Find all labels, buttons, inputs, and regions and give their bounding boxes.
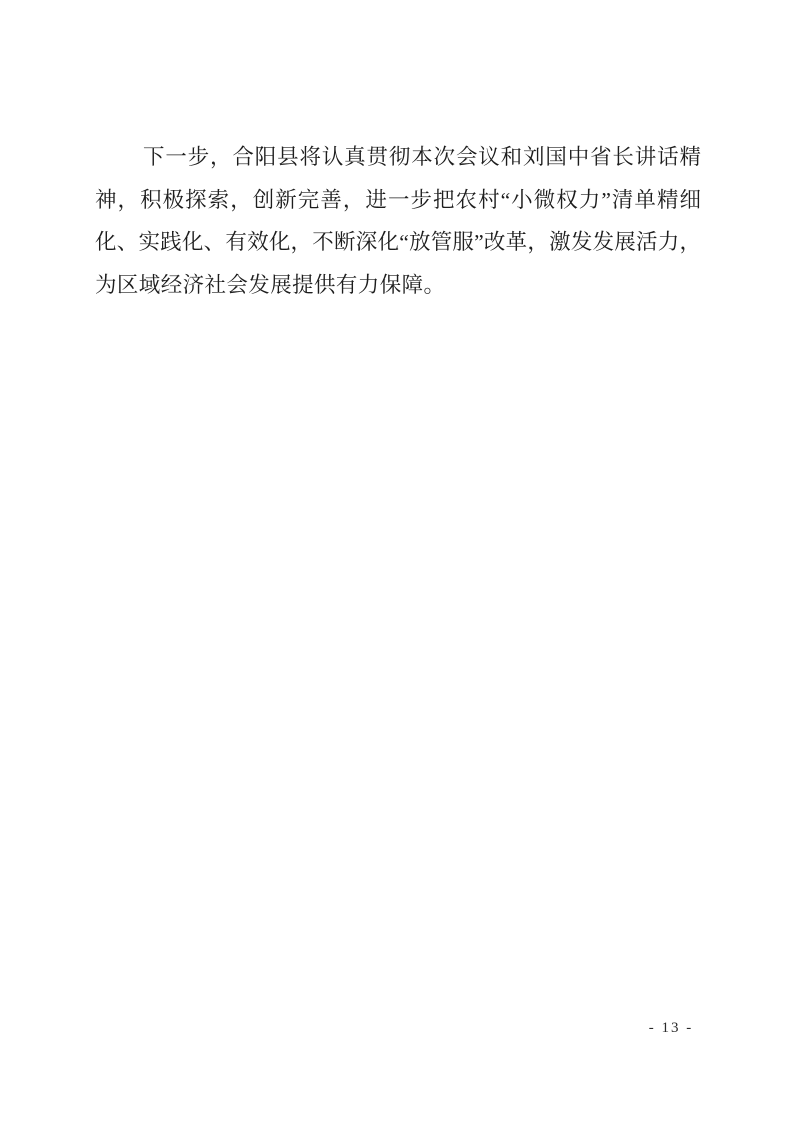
paragraph-line: 为区域经济社会发展提供有力保障。 [95, 264, 701, 307]
body-paragraph: 下一步，合阳县将认真贯彻本次会议和刘国中省长讲话精 神，积极探索，创新完善，进一… [95, 136, 701, 306]
page-number: - 13 - [634, 1019, 708, 1037]
paragraph-line: 神，积极探索，创新完善，进一步把农村“小微权力”清单精细 [95, 179, 701, 222]
paragraph-line: 化、实践化、有效化，不断深化“放管服”改革，激发发展活力， [95, 221, 701, 264]
paragraph-line: 下一步，合阳县将认真贯彻本次会议和刘国中省长讲话精 [95, 136, 701, 179]
document-page: 下一步，合阳县将认真贯彻本次会议和刘国中省长讲话精 神，积极探索，创新完善，进一… [0, 0, 793, 1122]
